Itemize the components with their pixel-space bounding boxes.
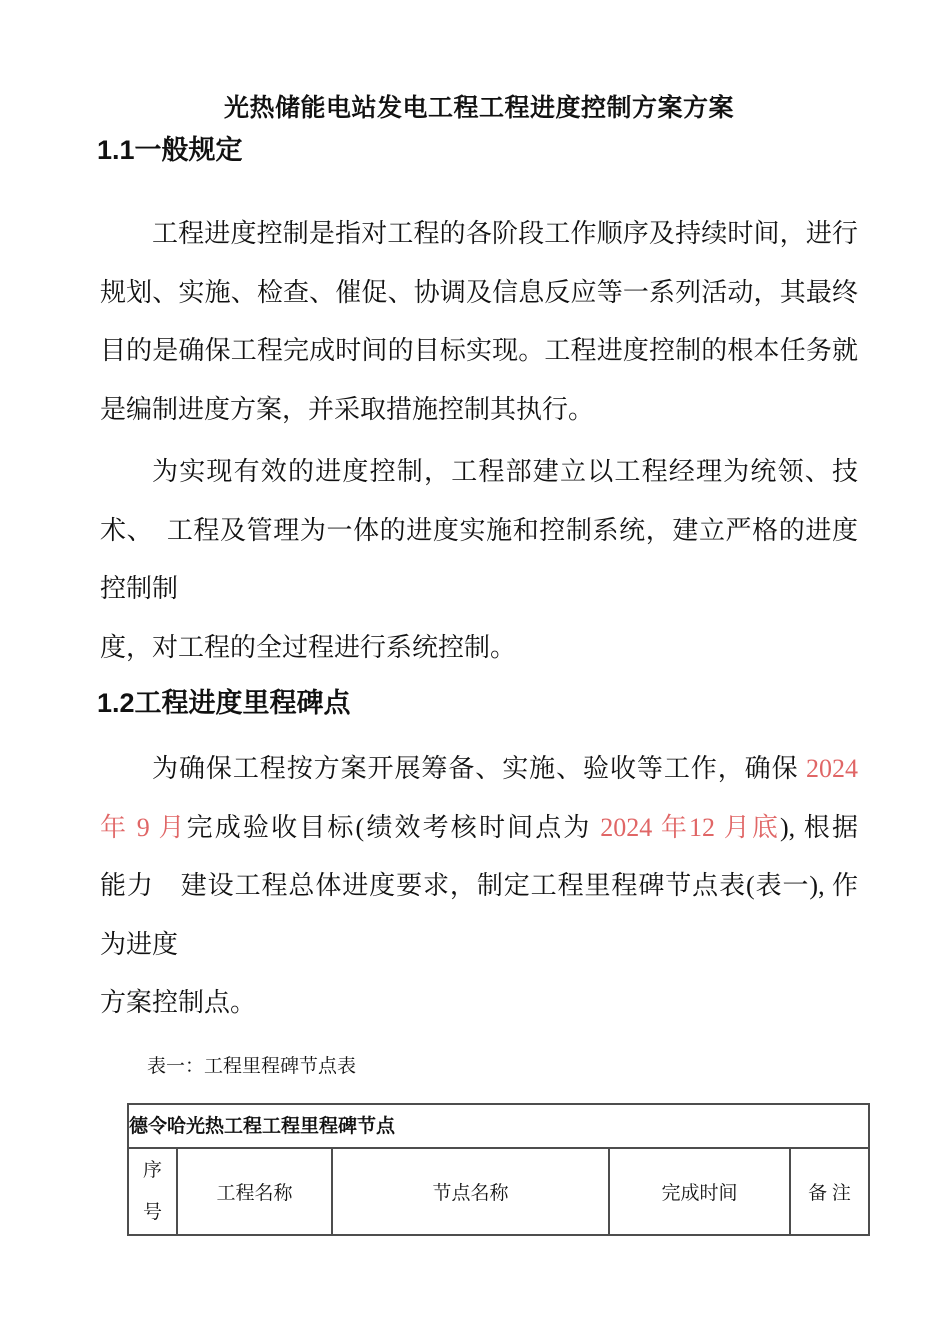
paragraph-line: 工程进度控制是指对工程的各阶段工作顺序及持续时间，进行 bbox=[100, 205, 858, 264]
text-red-date: 2024 年12 月底 bbox=[600, 813, 780, 842]
table-group-row: 德令哈光热工程工程里程碑节点 bbox=[128, 1104, 869, 1148]
table-caption: 表一：工程里程碑节点表 bbox=[147, 1053, 356, 1080]
text-red-date: 2024 bbox=[806, 754, 858, 783]
paragraph-line: 控制制 bbox=[100, 560, 858, 619]
paragraph-line: 为进度 bbox=[100, 916, 858, 975]
column-header-seq-line2: 号 bbox=[129, 1192, 176, 1234]
text-black: 为确保工程按方案开展筹备、实施、验收等工作，确保 bbox=[152, 754, 806, 783]
paragraph-line: 目的是确保工程完成时间的目标实现。工程进度控制的根本任务就 bbox=[100, 322, 858, 381]
column-header-seq-line1: 序 bbox=[129, 1150, 176, 1192]
paragraph-line: 是编制进度方案，并采取措施控制其执行。 bbox=[100, 381, 858, 440]
text-black: ), 根据 bbox=[780, 813, 858, 842]
paragraph-line: 方案控制点。 bbox=[100, 974, 858, 1033]
column-header-remark: 备 注 bbox=[790, 1148, 869, 1235]
text-red-date: 年 9 月 bbox=[100, 813, 187, 842]
text-black: 完成验收目标(绩效考核时间点为 bbox=[187, 813, 601, 842]
column-header-seq: 序 号 bbox=[128, 1148, 177, 1235]
paragraph-line: 为实现有效的进度控制，工程部建立以工程经理为统领、技 bbox=[100, 443, 858, 502]
paragraph-line: 为确保工程按方案开展筹备、实施、验收等工作，确保 2024 bbox=[100, 740, 858, 799]
paragraph-3: 为确保工程按方案开展筹备、实施、验收等工作，确保 2024 年 9 月完成验收目… bbox=[100, 740, 858, 1033]
table-header-row: 序 号 工程名称 节点名称 完成时间 备 注 bbox=[128, 1148, 869, 1235]
document-title: 光热储能电站发电工程工程进度控制方案方案 bbox=[100, 92, 858, 124]
document-page: 光热储能电站发电工程工程进度控制方案方案 1.1一般规定 工程进度控制是指对工程… bbox=[0, 0, 950, 1344]
section-heading-1-1: 1.1一般规定 bbox=[97, 133, 857, 167]
paragraph-1: 工程进度控制是指对工程的各阶段工作顺序及持续时间，进行 规划、实施、检查、催促、… bbox=[100, 205, 858, 439]
paragraph-line: 规划、实施、检查、催促、协调及信息反应等一系列活动，其最终 bbox=[100, 264, 858, 323]
column-header-node: 节点名称 bbox=[332, 1148, 609, 1235]
table-group-header-cell: 德令哈光热工程工程里程碑节点 bbox=[128, 1104, 869, 1148]
section-heading-1-2: 1.2工程进度里程碑点 bbox=[97, 686, 857, 720]
column-header-project: 工程名称 bbox=[177, 1148, 332, 1235]
paragraph-line: 能力 建设工程总体进度要求，制定工程里程碑节点表(表一), 作 bbox=[100, 857, 858, 916]
milestone-table: 德令哈光热工程工程里程碑节点 序 号 工程名称 节点名称 完成时间 备 注 bbox=[127, 1103, 870, 1236]
paragraph-line: 术、 工程及管理为一体的进度实施和控制系统，建立严格的进度 bbox=[100, 502, 858, 561]
paragraph-line: 年 9 月完成验收目标(绩效考核时间点为 2024 年12 月底), 根据 bbox=[100, 799, 858, 858]
column-header-finish: 完成时间 bbox=[609, 1148, 790, 1235]
paragraph-2: 为实现有效的进度控制，工程部建立以工程经理为统领、技 术、 工程及管理为一体的进… bbox=[100, 443, 858, 677]
paragraph-line: 度，对工程的全过程进行系统控制。 bbox=[100, 619, 858, 678]
